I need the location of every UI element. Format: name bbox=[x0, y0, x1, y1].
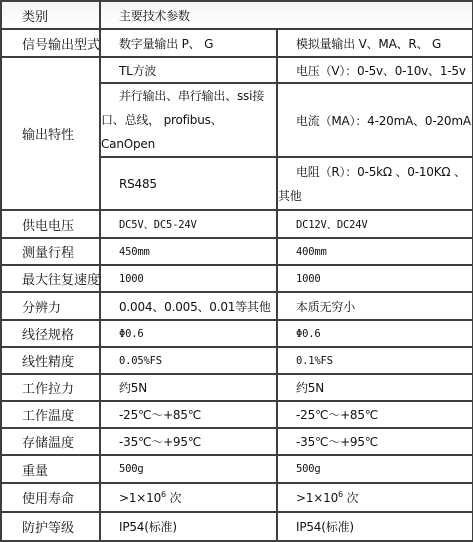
row-digital: 500g bbox=[100, 455, 277, 483]
row-label: 供电电压 bbox=[1, 210, 100, 238]
output-char-analog-2: 电流（MA）：4-20mA、0-20mA bbox=[277, 83, 473, 157]
table-row: 分辨力 0.004、0.005、0.01等其他 本质无穷小 bbox=[1, 292, 473, 320]
row-label: 工作温度 bbox=[1, 401, 100, 428]
row-analog: DC12V、DC24V bbox=[277, 210, 473, 238]
lifespan-row: 使用寿命 >1×106 次 >1×106 次 bbox=[1, 483, 473, 512]
table-row: 线径规格 Φ0.6 Φ0.6 bbox=[1, 320, 473, 347]
row-analog: Φ0.6 bbox=[277, 320, 473, 347]
header-category: 类别 bbox=[1, 1, 100, 29]
header-row: 类别 主要技术参数 bbox=[1, 1, 473, 29]
output-char-analog-3: 电阻（R）：0-5kΩ 、0-10KΩ 、其他 bbox=[277, 157, 473, 210]
row-label: 存储温度 bbox=[1, 428, 100, 455]
output-char-row-1: 输出特性 TL方波 电压（V）：0-5v、0-10v、1-5v bbox=[1, 57, 473, 83]
lifespan-digital-base: >1×10 bbox=[119, 491, 161, 505]
row-label: 最大往复速度 bbox=[1, 265, 100, 292]
row-digital: 450mm bbox=[100, 238, 277, 265]
row-label: 测量行程 bbox=[1, 238, 100, 265]
signal-output-digital: 数字量输出 P、 G bbox=[100, 29, 277, 57]
row-label: 线径规格 bbox=[1, 320, 100, 347]
row-label: 线性精度 bbox=[1, 347, 100, 374]
row-analog: 本质无穷小 bbox=[277, 292, 473, 320]
protection-digital: IP54(标准) bbox=[100, 512, 277, 517]
row-digital: -35℃～+95℃ bbox=[100, 428, 277, 455]
lifespan-label: 使用寿命 bbox=[1, 483, 100, 512]
row-label: 重量 bbox=[1, 455, 100, 483]
table-row: 重量 500g 500g bbox=[1, 455, 473, 483]
row-digital: Φ0.6 bbox=[100, 320, 277, 347]
protection-label: 防护等级 bbox=[1, 512, 100, 517]
row-digital: 约5N bbox=[100, 374, 277, 401]
header-params: 主要技术参数 bbox=[100, 1, 473, 29]
table-row: 供电电压 DC5V、DC5-24V DC12V、DC24V bbox=[1, 210, 473, 238]
row-analog: -25℃～+85℃ bbox=[277, 401, 473, 428]
row-label: 分辨力 bbox=[1, 292, 100, 320]
row-analog: 400mm bbox=[277, 238, 473, 265]
table-row: 线性精度 0.05%FS 0.1%FS bbox=[1, 347, 473, 374]
output-char-label: 输出特性 bbox=[1, 57, 100, 210]
table-row: 测量行程 450mm 400mm bbox=[1, 238, 473, 265]
row-digital: 0.004、0.005、0.01等其他 bbox=[100, 292, 277, 320]
table-row: 工作温度 -25℃～+85℃ -25℃～+85℃ bbox=[1, 401, 473, 428]
output-char-analog-1: 电压（V）：0-5v、0-10v、1-5v bbox=[277, 57, 473, 83]
spec-table: 类别 主要技术参数 信号输出型式 数字量输出 P、 G 模拟量输出 V、MA、R… bbox=[0, 0, 473, 517]
row-digital: 1000 bbox=[100, 265, 277, 292]
row-analog: -35℃～+95℃ bbox=[277, 428, 473, 455]
lifespan-digital-unit: 次 bbox=[166, 491, 181, 505]
protection-row: 防护等级 IP54(标准) IP54(标准) bbox=[1, 512, 473, 517]
lifespan-digital: >1×106 次 bbox=[100, 483, 277, 512]
row-digital: DC5V、DC5-24V bbox=[100, 210, 277, 238]
table-row: 最大往复速度 1000 1000 bbox=[1, 265, 473, 292]
row-analog: 约5N bbox=[277, 374, 473, 401]
row-label: 工作拉力 bbox=[1, 374, 100, 401]
output-char-digital-3: RS485 bbox=[100, 157, 277, 210]
protection-analog: IP54(标准) bbox=[277, 512, 473, 517]
row-digital: -25℃～+85℃ bbox=[100, 401, 277, 428]
row-digital: 0.05%FS bbox=[100, 347, 277, 374]
table-row: 工作拉力 约5N 约5N bbox=[1, 374, 473, 401]
row-analog: 500g bbox=[277, 455, 473, 483]
row-analog: 1000 bbox=[277, 265, 473, 292]
lifespan-analog-base: >1×10 bbox=[296, 491, 338, 505]
table-row: 存储温度 -35℃～+95℃ -35℃～+95℃ bbox=[1, 428, 473, 455]
output-char-digital-2: 并行输出、串行输出、ssi接口、总线， profibus、CanOpen bbox=[100, 83, 277, 157]
lifespan-analog: >1×106 次 bbox=[277, 483, 473, 512]
output-char-digital-1: TL方波 bbox=[100, 57, 277, 83]
row-analog: 0.1%FS bbox=[277, 347, 473, 374]
signal-output-analog: 模拟量输出 V、MA、R、 G bbox=[277, 29, 473, 57]
lifespan-analog-unit: 次 bbox=[343, 491, 358, 505]
signal-output-row: 信号输出型式 数字量输出 P、 G 模拟量输出 V、MA、R、 G bbox=[1, 29, 473, 57]
signal-output-label: 信号输出型式 bbox=[1, 29, 100, 57]
